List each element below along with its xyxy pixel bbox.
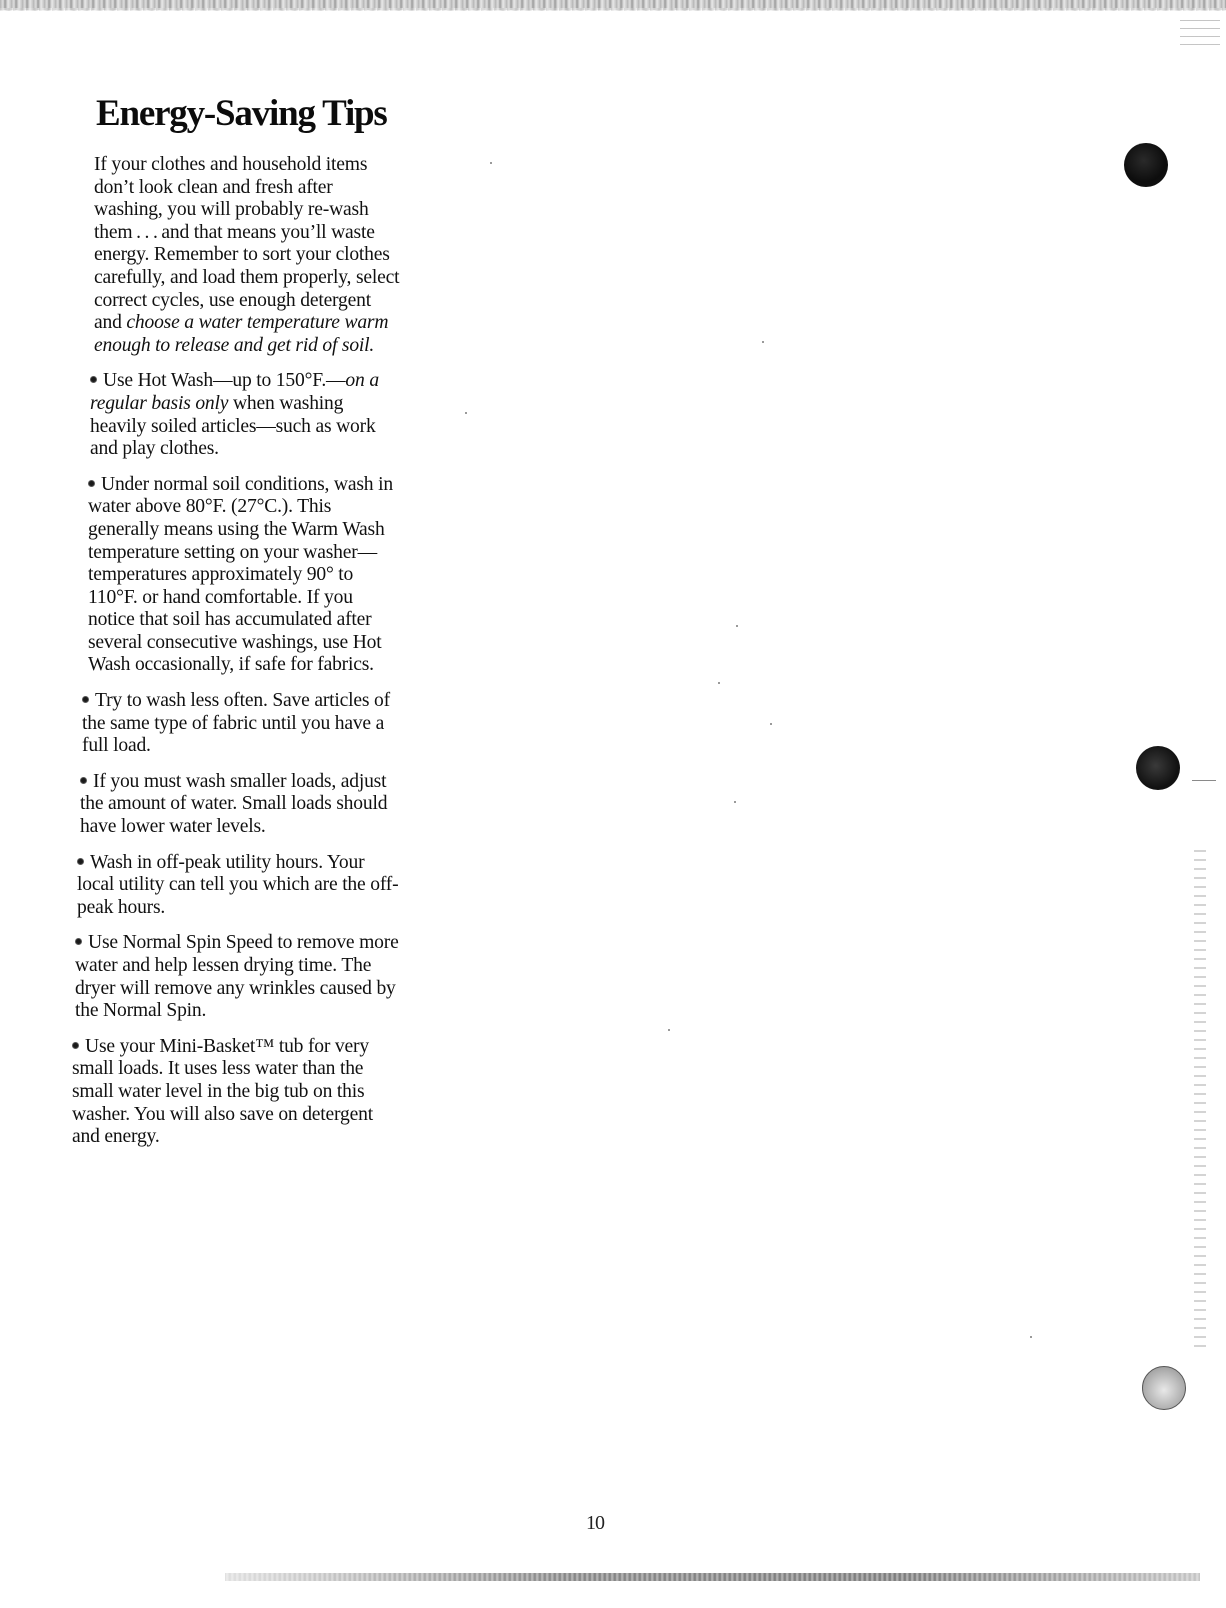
tip-item: Wash in off-peak utility hours. Your loc… — [77, 852, 402, 920]
binder-hole-icon — [1124, 143, 1168, 187]
scan-artifact-top-border — [0, 8, 1226, 11]
tip-item: Use Hot Wash—up to 150°F.—on a regular b… — [90, 370, 402, 460]
scan-artifact-edge-marks — [1180, 20, 1220, 50]
tip-item: Use Normal Spin Speed to remove more wat… — [75, 932, 402, 1022]
bullet-icon — [90, 376, 97, 383]
binder-hole-icon — [1136, 746, 1180, 790]
tip-item: Try to wash less often. Save articles of… — [82, 690, 402, 758]
bullet-icon — [72, 1042, 79, 1049]
scan-speck — [668, 1029, 670, 1031]
tip-text: Use your Mini-Basket™ tub for very small… — [72, 1036, 373, 1147]
page-title: Energy-Saving Tips — [96, 92, 402, 136]
tip-item: Under normal soil conditions, wash in wa… — [88, 474, 402, 677]
bullet-icon — [77, 858, 84, 865]
tip-text: Under normal soil conditions, wash in wa… — [88, 474, 393, 676]
bullet-icon — [75, 938, 82, 945]
tip-item: Use your Mini-Basket™ tub for very small… — [72, 1036, 402, 1149]
scan-speck — [762, 341, 764, 343]
scan-speck — [490, 162, 492, 164]
scan-speck — [1030, 1336, 1032, 1338]
scan-speck — [770, 723, 772, 725]
bullet-icon — [82, 696, 89, 703]
scan-speck — [718, 682, 720, 684]
intro-text: If your clothes and household items don’… — [94, 154, 399, 333]
binder-hole-icon — [1142, 1366, 1186, 1410]
energy-tips-column: Energy-Saving Tips If your clothes and h… — [72, 92, 402, 1149]
tip-item: If you must wash smaller loads, adjust t… — [80, 771, 402, 839]
scan-speck — [465, 412, 467, 414]
scan-artifact-bottom-border — [225, 1573, 1200, 1581]
scan-speck — [736, 625, 738, 627]
tip-text: Use Hot Wash—up to 150°F.— — [103, 370, 345, 391]
tip-text: Wash in off-peak utility hours. Your loc… — [77, 852, 398, 918]
tip-text: If you must wash smaller loads, adjust t… — [80, 771, 387, 837]
bullet-icon — [88, 480, 95, 487]
tip-text: Try to wash less often. Save articles of… — [82, 690, 390, 756]
scan-speck — [734, 801, 736, 803]
intro-emphasis: choose a water temperature warm enough t… — [94, 312, 388, 356]
scan-artifact-right-edge — [1194, 850, 1206, 1350]
scan-artifact-dash — [1192, 780, 1216, 781]
intro-paragraph: If your clothes and household items don’… — [94, 154, 402, 357]
page-number: 10 — [586, 1512, 604, 1535]
bullet-icon — [80, 777, 87, 784]
tip-text: Use Normal Spin Speed to remove more wat… — [75, 932, 399, 1021]
